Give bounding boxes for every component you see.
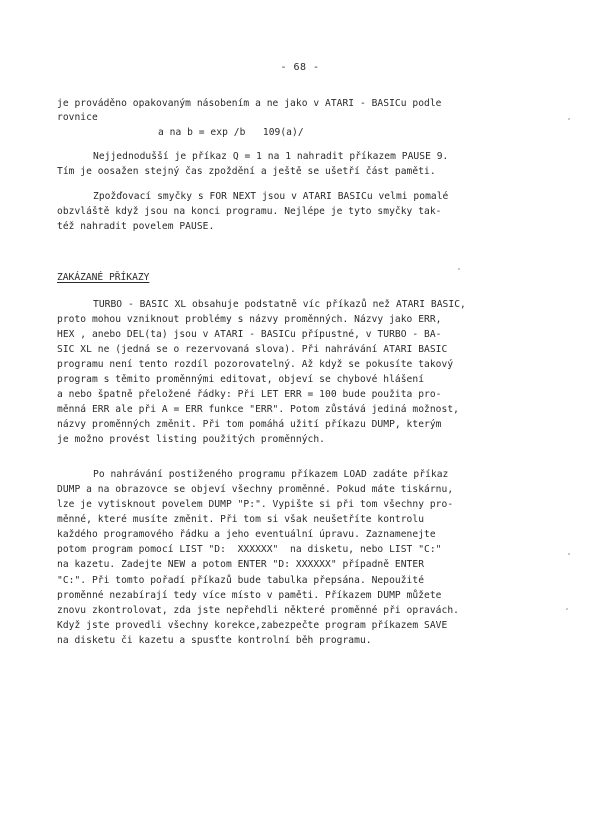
paragraph-line: je prováděno opakovaným násobením a ne j… <box>57 97 442 110</box>
paragraph-line: lze je vytisknout povelem DUMP "P:". Vyp… <box>57 498 453 511</box>
paragraph-line: HEX , anebo DEL(ta) jsou v ATARI - BASIC… <box>57 328 442 341</box>
paragraph-line: DUMP a na obrazovce se objeví všechny pr… <box>57 483 453 496</box>
paragraph-line: znovu zkontrolovat, zda jste nepřehdli n… <box>57 604 459 617</box>
paragraph-line: Po nahrávání postiženého programu příkaz… <box>93 468 448 481</box>
section-heading: ZAKÁZANÉ PŘÍKAZY <box>57 272 149 283</box>
paragraph-line: názvy proměnných změnit. Při tom pomáhá … <box>57 418 442 431</box>
paragraph-line: na kazetu. Zadejte NEW a potom ENTER "D:… <box>57 558 424 571</box>
paragraph-line: Nejjednodušší je příkaz Q = 1 na 1 nahra… <box>93 150 448 163</box>
paragraph-line: "C:". Při tomto pořadí příkazů bude tabu… <box>57 574 424 587</box>
scan-speck <box>568 118 570 120</box>
paragraph-line: programu není tento rozdíl pozorovatelný… <box>57 358 453 371</box>
paragraph-line: na disketu či kazetu a spusťte kontrolní… <box>57 634 372 647</box>
paragraph-line: proměnné nezabírají tedy více místo v pa… <box>57 589 442 602</box>
paragraph-line: obzvláště když jsou na konci programu. N… <box>57 205 442 218</box>
paragraph-line: je možno provést listing použitých promě… <box>57 433 325 446</box>
paragraph-line: rovnice <box>57 111 98 124</box>
page-number: - 68 - <box>0 62 600 73</box>
paragraph-line: TURBO - BASIC XL obsahuje podstatně víc … <box>93 298 466 311</box>
paragraph-line: Když jste provedli všechny korekce,zabez… <box>57 619 447 632</box>
paragraph-line: Zpožďovací smyčky s FOR NEXT jsou v ATAR… <box>93 190 448 203</box>
paragraph-line: každého programového řádku a jeho eventu… <box>57 528 436 541</box>
formula-line: a na b = exp /b 109(a)/ <box>158 126 304 139</box>
paragraph-line: SIC XL ne (jedná se o rezervovaná slova)… <box>57 343 447 356</box>
paragraph-line: měnná ERR ale při A = ERR funkce "ERR". … <box>57 403 459 416</box>
paragraph-line: potom program pomocí LIST "D: XXXXXX" na… <box>57 543 442 556</box>
paragraph-line: a nebo špatně přeložené řádky: Při LET E… <box>57 388 442 401</box>
scan-speck <box>568 553 570 555</box>
paragraph-line: Tím je oosažen stejný čas zpoždění a ješ… <box>57 165 436 178</box>
paragraph-line: měnné, které musíte změnit. Při tom si v… <box>57 513 424 526</box>
paragraph-line: též nahradit povelem PAUSE. <box>57 220 214 233</box>
paragraph-line: proto mohou vzniknout problémy s názvy p… <box>57 313 442 326</box>
paragraph-line: program s těmito proměnnými editovat, ob… <box>57 373 424 386</box>
scan-speck <box>566 608 568 610</box>
scan-speck <box>458 268 460 270</box>
